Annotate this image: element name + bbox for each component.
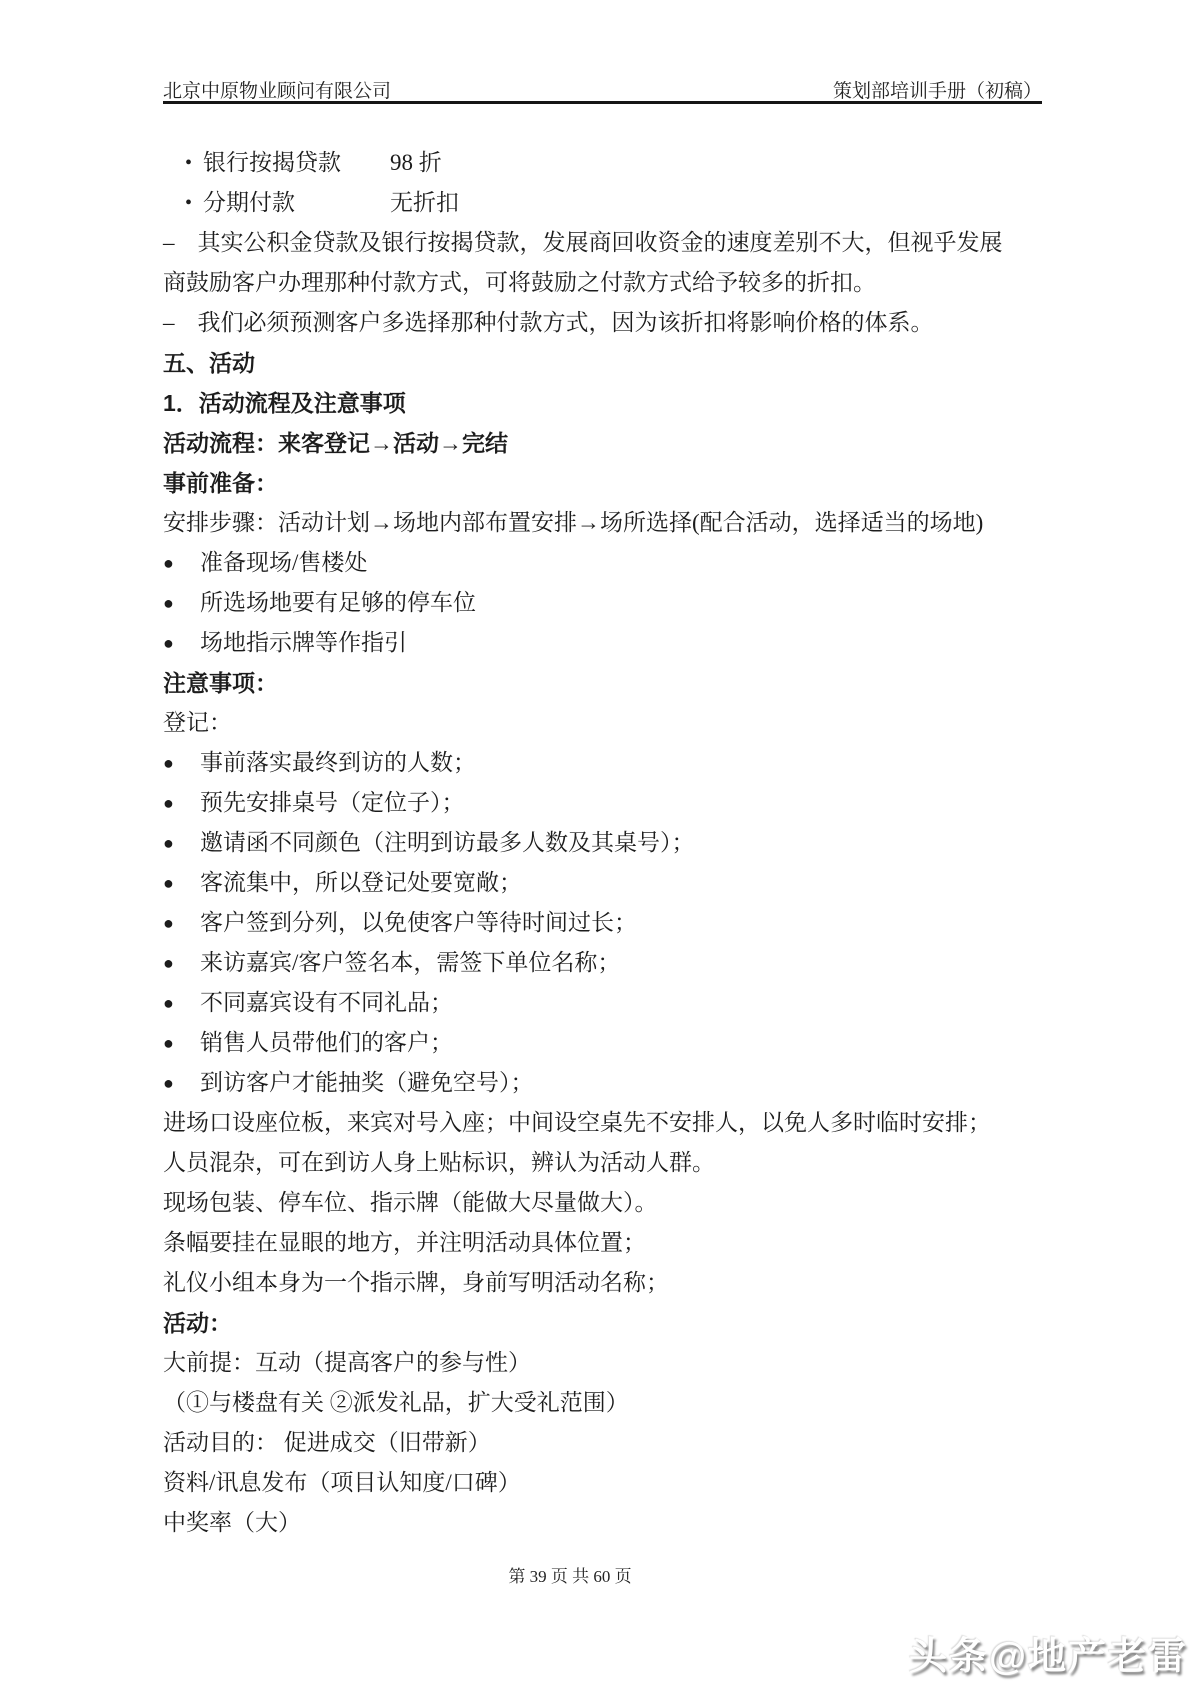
payment-item: •分期付款无折扣 [163, 183, 1043, 223]
list-item: ●客流集中，所以登记处要宽敞； [163, 863, 1043, 903]
disc-bullet-icon: ● [163, 943, 200, 983]
disc-bullet-icon: ● [163, 863, 200, 903]
disc-bullet-icon: ● [163, 543, 200, 583]
banner-line: 条幅要挂在显眼的地方，并注明活动具体位置； [163, 1223, 1043, 1263]
prep-heading: 事前准备： [163, 463, 1043, 503]
disc-bullet-icon: ● [163, 743, 200, 783]
document-page: 北京中原物业顾问有限公司 策划部培训手册（初稿） •银行按揭贷款98 折 •分期… [0, 0, 1200, 1697]
list-item: ●来访嘉宾/客户签名本，需签下单位名称； [163, 943, 1043, 983]
disc-bullet-icon: ● [163, 903, 200, 943]
disc-bullet-icon: ● [163, 983, 200, 1023]
dash-note-line: – 其实公积金贷款及银行按揭贷款，发展商回收资金的速度差别不大，但视乎发展 [163, 223, 1043, 263]
premise-line: （①与楼盘有关 ②派发礼品，扩大受礼范围） [163, 1383, 1043, 1423]
list-item-text: 来访嘉宾/客户签名本，需签下单位名称； [200, 950, 620, 975]
list-item-text: 所选场地要有足够的停车位 [200, 590, 476, 615]
payment-item: •银行按揭贷款98 折 [163, 143, 1043, 183]
disc-bullet-icon: ● [163, 783, 200, 823]
dash-note-line: 商鼓励客户办理那种付款方式，可将鼓励之付款方式给予较多的折扣。 [163, 263, 1043, 303]
etiquette-line: 礼仪小组本身为一个指示牌，身前写明活动名称； [163, 1263, 1043, 1303]
sub-heading: 1．活动流程及注意事项 [163, 383, 1043, 423]
payment-label: 银行按揭贷款 [203, 143, 390, 183]
page-number: 第 39 页 共 60 页 [508, 1567, 631, 1586]
premise-line: 大前提：互动（提高客户的参与性） [163, 1343, 1043, 1383]
payment-value: 无折扣 [390, 190, 459, 215]
payment-label: 分期付款 [203, 183, 390, 223]
section-heading: 五、活动 [163, 343, 1043, 383]
list-item: ●客户签到分列，以免使客户等待时间过长； [163, 903, 1043, 943]
list-item-text: 不同嘉宾设有不同礼品； [200, 990, 453, 1015]
list-item-text: 客户签到分列，以免使客户等待时间过长； [200, 910, 637, 935]
list-item: ●销售人员带他们的客户； [163, 1023, 1043, 1063]
list-item: ●场地指示牌等作指引 [163, 623, 1043, 663]
packaging-line: 现场包装、停车位、指示牌（能做大尽量做大）。 [163, 1183, 1043, 1223]
disc-bullet-icon: ● [163, 1063, 200, 1103]
disc-bullet-icon: ● [163, 583, 200, 623]
list-item-text: 邀请函不同颜色（注明到访最多人数及其桌号）； [200, 830, 695, 855]
list-item: ●不同嘉宾设有不同礼品； [163, 983, 1043, 1023]
notes-heading: 注意事项： [163, 663, 1043, 703]
dot-bullet-icon: • [185, 183, 203, 223]
watermark-text: 头条@地产老雷 [909, 1625, 1188, 1680]
list-item-text: 预先安排桌号（定位子）； [200, 790, 465, 815]
header-doc-title: 策划部培训手册（初稿） [833, 76, 1042, 103]
page-footer: 第 39 页 共 60 页 [0, 1562, 1140, 1592]
info-line: 资料/讯息发布（项目认知度/口碑） [163, 1463, 1043, 1503]
seating-paragraph-line: 进场口设座位板，来宾对号入座；中间设空桌先不安排人，以免人多时临时安排； [163, 1103, 1043, 1143]
prize-line: 中奖率（大） [163, 1503, 1043, 1543]
flow-line: 活动流程：来客登记→活动→完结 [163, 423, 1043, 463]
list-item: ●预先安排桌号（定位子）； [163, 783, 1043, 823]
list-item-text: 事前落实最终到访的人数； [200, 750, 476, 775]
disc-bullet-icon: ● [163, 823, 200, 863]
list-item-text: 到访客户才能抽奖（避免空号）； [200, 1070, 534, 1095]
list-item-text: 客流集中，所以登记处要宽敞； [200, 870, 522, 895]
document-body: •银行按揭贷款98 折 •分期付款无折扣 – 其实公积金贷款及银行按揭贷款，发展… [163, 143, 1043, 1543]
disc-bullet-icon: ● [163, 1023, 200, 1063]
seating-paragraph-line: 人员混杂，可在到访人身上贴标识，辨认为活动人群。 [163, 1143, 1043, 1183]
activity-heading: 活动： [163, 1303, 1043, 1343]
purpose-line: 活动目的： 促进成交（旧带新） [163, 1423, 1043, 1463]
disc-bullet-icon: ● [163, 623, 200, 663]
dot-bullet-icon: • [185, 143, 203, 183]
list-item: ●所选场地要有足够的停车位 [163, 583, 1043, 623]
header-divider-rule [163, 101, 1042, 104]
steps-line: 安排步骤：活动计划→场地内部布置安排→场所选择(配合活动，选择适当的场地) [163, 503, 1043, 543]
payment-value: 98 折 [390, 150, 442, 175]
page-header: 北京中原物业顾问有限公司 策划部培训手册（初稿） [163, 76, 1042, 103]
list-item-text: 准备现场/售楼处 [200, 550, 367, 575]
list-item-text: 销售人员带他们的客户； [200, 1030, 453, 1055]
register-label: 登记： [163, 703, 1043, 743]
list-item: ●邀请函不同颜色（注明到访最多人数及其桌号）； [163, 823, 1043, 863]
header-company-name: 北京中原物业顾问有限公司 [163, 76, 391, 103]
list-item: ●准备现场/售楼处 [163, 543, 1043, 583]
list-item: ●到访客户才能抽奖（避免空号）； [163, 1063, 1043, 1103]
list-item-text: 场地指示牌等作指引 [200, 630, 407, 655]
dash-note-line: – 我们必须预测客户多选择那种付款方式，因为该折扣将影响价格的体系。 [163, 303, 1043, 343]
list-item: ●事前落实最终到访的人数； [163, 743, 1043, 783]
